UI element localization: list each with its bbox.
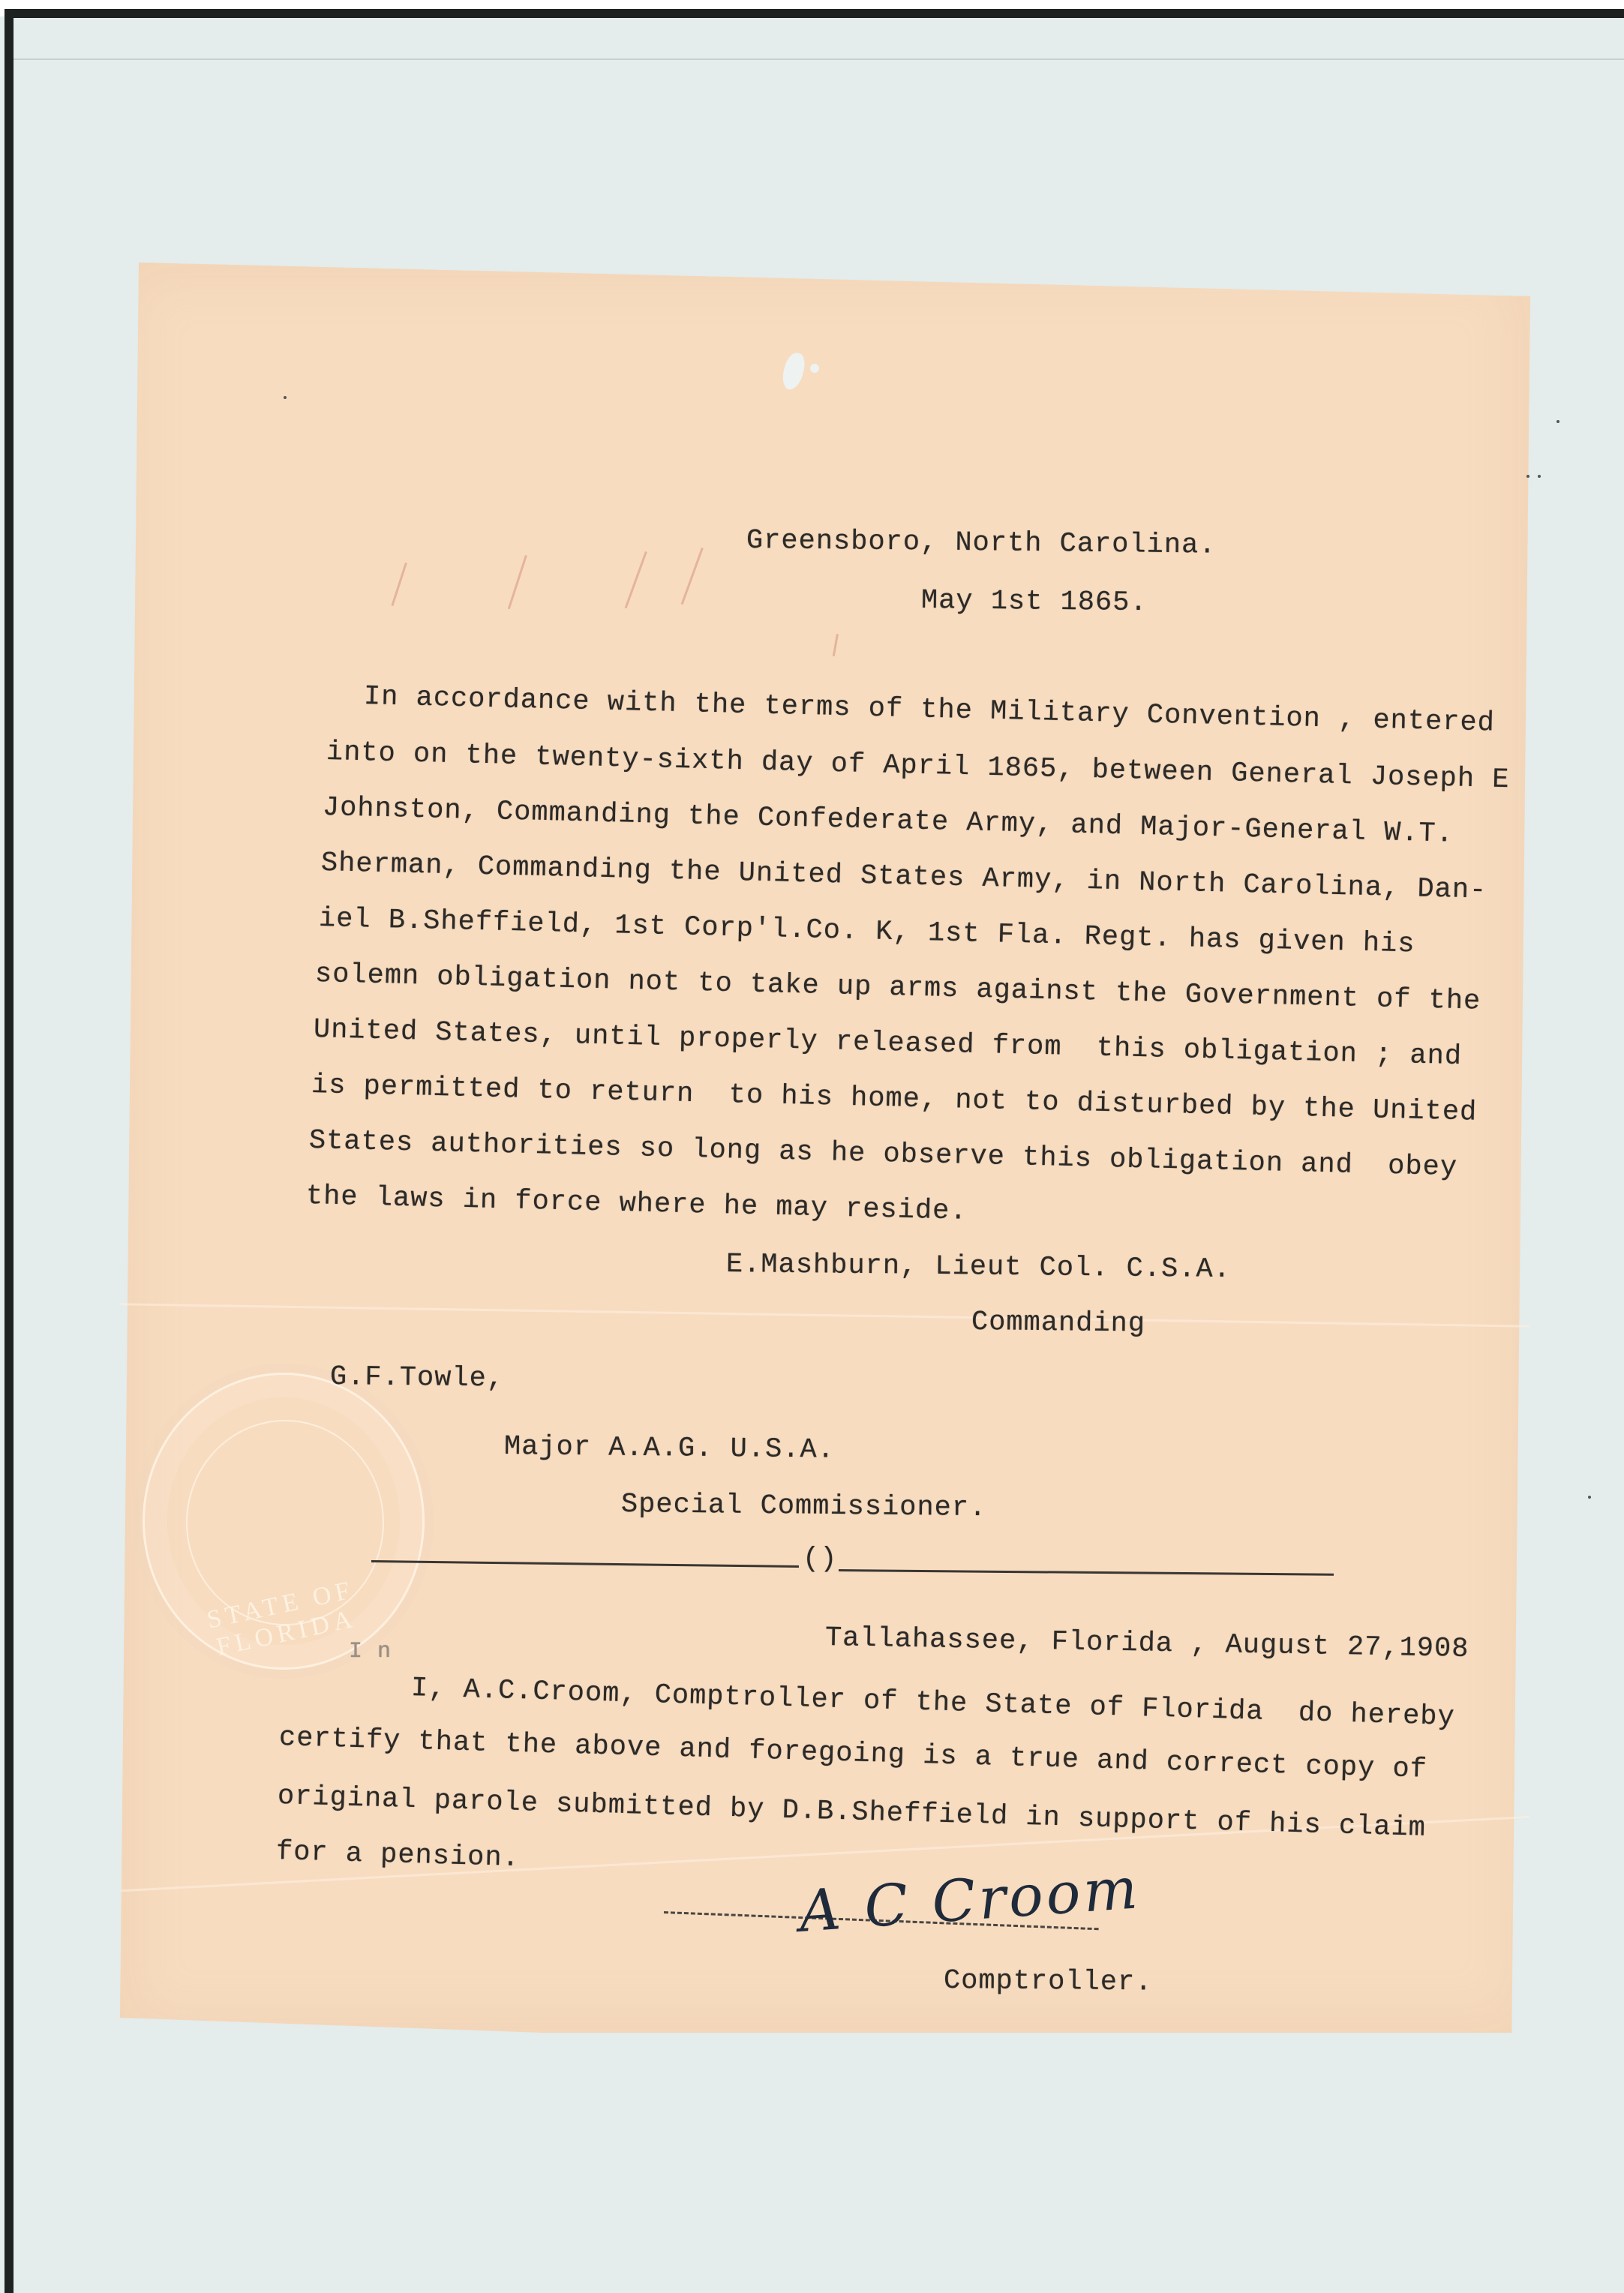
punch-hole — [810, 364, 819, 373]
parole-signer-role: Commanding — [971, 1307, 1145, 1340]
scanner-crease — [14, 59, 1624, 60]
scan-speck — [1588, 1496, 1591, 1499]
parole-signer: E.Mashburn, Lieut Col. C.S.A. — [726, 1249, 1231, 1286]
scan-speck — [1556, 420, 1559, 423]
certification-signer-role: Comptroller. — [944, 1965, 1153, 1998]
divider-mark: () — [803, 1544, 837, 1575]
scanner-edge — [5, 9, 1624, 18]
parole-place: Greensboro, North Carolina. — [746, 525, 1217, 562]
witness-role: Special Commissioner. — [621, 1489, 987, 1524]
scanner-edge-left — [5, 9, 14, 2293]
embossed-seal: STATE OF FLORIDA — [143, 1373, 425, 1670]
witness-rank: Major A.A.G. U.S.A. — [504, 1431, 835, 1466]
parole-date: May 1st 1865. — [921, 585, 1148, 619]
scan-speck — [1538, 475, 1541, 478]
scan-speck — [1526, 475, 1529, 478]
scan-speck — [284, 396, 287, 399]
margin-note: I n — [349, 1639, 392, 1664]
witness-name: G.F.Towle, — [330, 1361, 504, 1394]
